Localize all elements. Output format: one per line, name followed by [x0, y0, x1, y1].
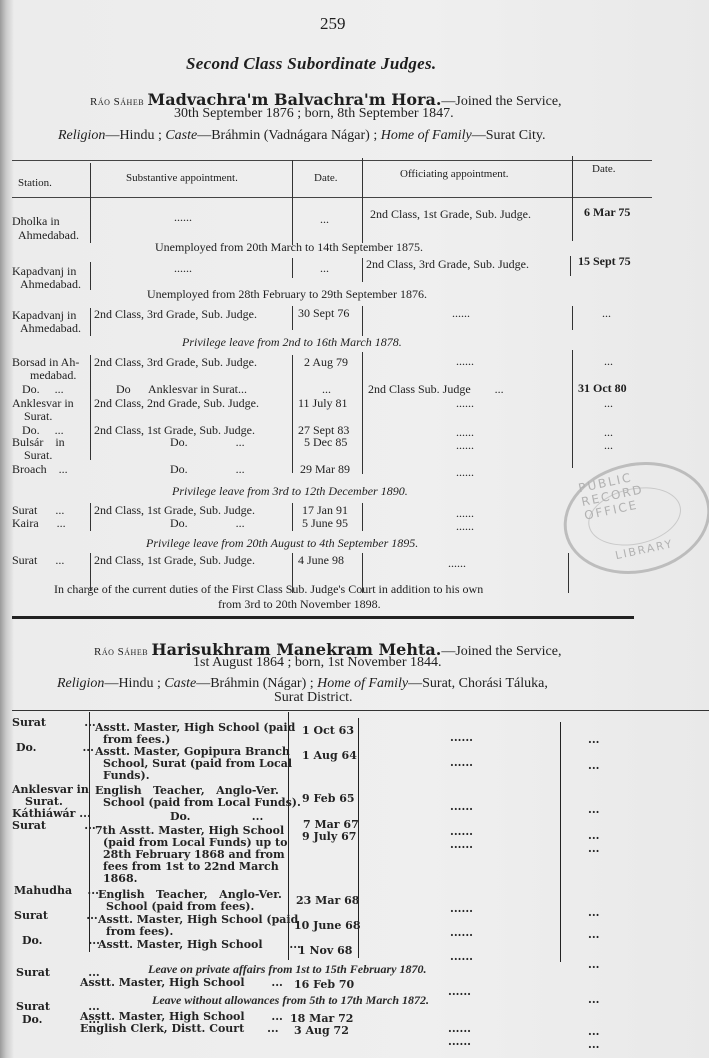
station-cell: Do. ... — [22, 382, 64, 397]
officer1-details: Religion—Hindu ; Caste—Bráhmin (Vadnágar… — [58, 128, 545, 144]
date-cell: 31 Oct 80 — [578, 381, 627, 396]
officiating-cell: ...... — [448, 985, 471, 998]
table1-col-divider — [292, 503, 293, 531]
substantive-cell: Do. ... — [170, 462, 245, 477]
table1-col-divider — [90, 503, 91, 531]
date-cell: ... — [588, 759, 600, 772]
station-cell: Surat. — [24, 409, 52, 424]
date-cell: ... — [604, 438, 613, 453]
substantive-cell: English Clerk, Distt. Court ... — [80, 1022, 279, 1035]
table2-col-divider — [560, 722, 561, 962]
date-cell: 16 Feb 70 — [294, 978, 354, 991]
officiating-cell: ...... — [448, 1022, 471, 1035]
date-cell: 1 Oct 63 — [302, 724, 354, 737]
table1-col-divider — [292, 258, 293, 278]
officer1-joined: —Joined the Service, — [441, 94, 561, 109]
station-cell: Ahmedabad. — [18, 228, 79, 243]
officiating-cell: ...... — [450, 756, 473, 769]
date-cell: 11 July 81 — [298, 396, 348, 411]
station-cell: Dholka in — [12, 214, 60, 229]
footnote-line-2: from 3rd to 20th November 1898. — [218, 597, 381, 612]
station-cell: Surat ... — [12, 553, 64, 568]
substantive-cell: 2nd Class, 2nd Grade, Sub. Judge. — [94, 396, 259, 411]
officiating-cell: ...... — [450, 731, 473, 744]
substantive-cell: School (paid from fees). — [106, 900, 254, 913]
table1-col-divider — [292, 355, 293, 473]
substantive-cell: from fees). — [106, 925, 173, 938]
substantive-cell: School (paid from Local Funds). — [103, 796, 301, 809]
table1-col-divider — [362, 503, 363, 531]
substantive-cell: 1868. — [103, 872, 137, 885]
date-cell: 9 July 67 — [302, 830, 356, 843]
station-cell: Mahudha ... — [14, 884, 99, 897]
date-cell: 1 Aug 64 — [302, 749, 357, 762]
station-cell: Do. ... — [16, 741, 94, 754]
substantive-cell: Do. ... — [170, 516, 245, 531]
date-cell: ... — [604, 354, 613, 369]
header-officiating: Officiating appointment. — [400, 168, 509, 180]
station-cell: Surat ... — [14, 909, 98, 922]
substantive-cell: 2nd Class, 3rd Grade, Sub. Judge. — [94, 307, 257, 322]
substantive-cell: 2nd Class, 1st Grade, Sub. Judge. — [94, 553, 255, 568]
date-cell: 5 June 95 — [302, 516, 348, 531]
officiating-cell: ...... — [452, 306, 470, 321]
officer1-dates: 30th September 1876 ; born, 8th Septembe… — [174, 106, 454, 122]
date-cell: ... — [320, 212, 329, 227]
station-cell: Surat. — [24, 448, 52, 463]
library-stamp: PUBLIC RECORD OFFICE LIBRARY — [553, 449, 709, 587]
leave-note: Leave on private affairs from 1st to 15t… — [148, 962, 426, 977]
officer2-title: Ráo Sáheb — [94, 646, 148, 658]
leave-note: Privilege leave from 20th August to 4th … — [146, 536, 418, 551]
substantive-cell: Do Anklesvar in Surat... — [116, 382, 247, 397]
date-cell: 4 June 98 — [298, 553, 344, 568]
officiating-cell: 2nd Class, 3rd Grade, Sub. Judge. — [366, 257, 529, 272]
table1-col-divider — [572, 306, 573, 330]
substantive-cell: Asstt. Master, High School ... — [80, 976, 283, 989]
officiating-cell: ...... — [448, 556, 466, 571]
date-cell: ... — [588, 829, 600, 842]
date-cell: ... — [588, 906, 600, 919]
page-number: 259 — [320, 14, 346, 34]
date-cell: 6 Mar 75 — [584, 205, 630, 220]
header-date-2: Date. — [592, 163, 616, 175]
table1-col-divider — [362, 158, 363, 243]
date-cell: ... — [604, 396, 613, 411]
date-cell: 29 Mar 89 — [300, 462, 350, 477]
officiating-cell: 2nd Class, 1st Grade, Sub. Judge. — [370, 207, 531, 222]
substantive-cell: ...... — [174, 261, 192, 276]
table1-col-divider — [90, 163, 91, 243]
table1-col-divider — [292, 306, 293, 330]
station-cell: Surat ... — [12, 716, 96, 729]
date-cell: 30 Sept 76 — [298, 306, 349, 321]
station-cell: Ahmedabad. — [20, 321, 81, 336]
section-heading: Second Class Subordinate Judges. — [186, 54, 436, 74]
table1-col-divider — [572, 156, 573, 241]
date-cell: 15 Sept 75 — [578, 254, 631, 269]
date-cell: ... — [320, 261, 329, 276]
service-note: Unemployed from 20th March to 14th Septe… — [155, 240, 423, 255]
header-date-1: Date. — [314, 172, 338, 184]
date-cell: ... — [588, 928, 600, 941]
section-divider — [12, 616, 634, 619]
date-cell: ... — [588, 842, 600, 855]
date-cell: 10 June 68 — [294, 919, 360, 932]
station-cell: Surat ... — [12, 819, 96, 832]
officer2-dates: 1st August 1864 ; born, 1st November 184… — [193, 655, 442, 671]
table1-col-divider — [292, 160, 293, 245]
officer1-title: Ráo Sáheb — [90, 96, 144, 108]
substantive-cell: Do. ... — [170, 810, 263, 823]
date-cell: 2 Aug 79 — [304, 355, 348, 370]
station-cell: medabad. — [30, 368, 76, 383]
officiating-cell: 2nd Class Sub. Judge ... — [368, 382, 504, 397]
station-cell: Broach ... — [12, 462, 68, 477]
table1-col-divider — [570, 256, 571, 276]
leave-note: Privilege leave from 2nd to 16th March 1… — [182, 335, 402, 350]
header-station: Station. — [18, 177, 52, 189]
officer2-district: Surat District. — [274, 690, 353, 706]
officiating-cell: ...... — [456, 396, 474, 411]
substantive-cell: Asstt. Master, High School ... — [98, 938, 301, 951]
substantive-cell: Do. ... — [170, 435, 245, 450]
table1-top-rule — [12, 160, 652, 161]
station-cell: Kaira ... — [12, 516, 66, 531]
station-cell: Do. ... — [22, 934, 100, 947]
substantive-cell: 2nd Class, 3rd Grade, Sub. Judge. — [94, 355, 257, 370]
document-page: 259 Second Class Subordinate Judges. Ráo… — [0, 0, 709, 1058]
table1-col-divider — [362, 258, 363, 282]
date-cell: ... — [588, 733, 600, 746]
footnote-line-1: In charge of the current duties of the F… — [54, 582, 483, 597]
date-cell: ... — [588, 1025, 600, 1038]
date-cell: ... — [602, 306, 611, 321]
table1-col-divider — [362, 352, 363, 474]
table1-header-rule — [12, 197, 652, 198]
officiating-cell: ...... — [456, 519, 474, 534]
officiating-cell: ...... — [448, 1035, 471, 1048]
table1-col-divider — [568, 553, 569, 593]
table1-col-divider — [572, 350, 573, 468]
date-cell: 5 Dec 85 — [304, 435, 347, 450]
officiating-cell: ...... — [450, 926, 473, 939]
date-cell: 3 Aug 72 — [294, 1024, 349, 1037]
table1-col-divider — [90, 308, 91, 336]
table1-col-divider — [90, 355, 91, 460]
date-cell: 1 Nov 68 — [298, 944, 352, 957]
date-cell: 9 Feb 65 — [302, 792, 355, 805]
date-cell: ... — [588, 1038, 600, 1051]
date-cell: ... — [322, 382, 331, 397]
officiating-cell: ...... — [450, 902, 473, 915]
officiating-cell: ...... — [450, 838, 473, 851]
substantive-cell: Funds). — [103, 769, 150, 782]
officiating-cell: ...... — [456, 438, 474, 453]
leave-note: Privilege leave from 3rd to 12th Decembe… — [172, 484, 408, 499]
service-note: Unemployed from 28th February to 29th Se… — [147, 287, 427, 302]
table1-col-divider — [90, 262, 91, 290]
officiating-cell: ...... — [450, 825, 473, 838]
officer2-joined: —Joined the Service, — [441, 644, 561, 659]
officiating-cell: ...... — [450, 950, 473, 963]
header-substantive: Substantive appointment. — [126, 172, 238, 184]
station-cell: Ahmedabad. — [20, 277, 81, 292]
date-cell: ... — [588, 803, 600, 816]
table2-top-rule — [12, 710, 709, 711]
officiating-cell: ...... — [456, 354, 474, 369]
officiating-cell: ...... — [456, 465, 474, 480]
officiating-cell: ...... — [450, 800, 473, 813]
table1-col-divider — [362, 306, 363, 336]
date-cell: ... — [588, 993, 600, 1006]
date-cell: 23 Mar 68 — [296, 894, 359, 907]
leave-note: Leave without allowances from 5th to 17t… — [152, 993, 429, 1008]
substantive-cell: ...... — [174, 210, 192, 225]
date-cell: ... — [588, 958, 600, 971]
